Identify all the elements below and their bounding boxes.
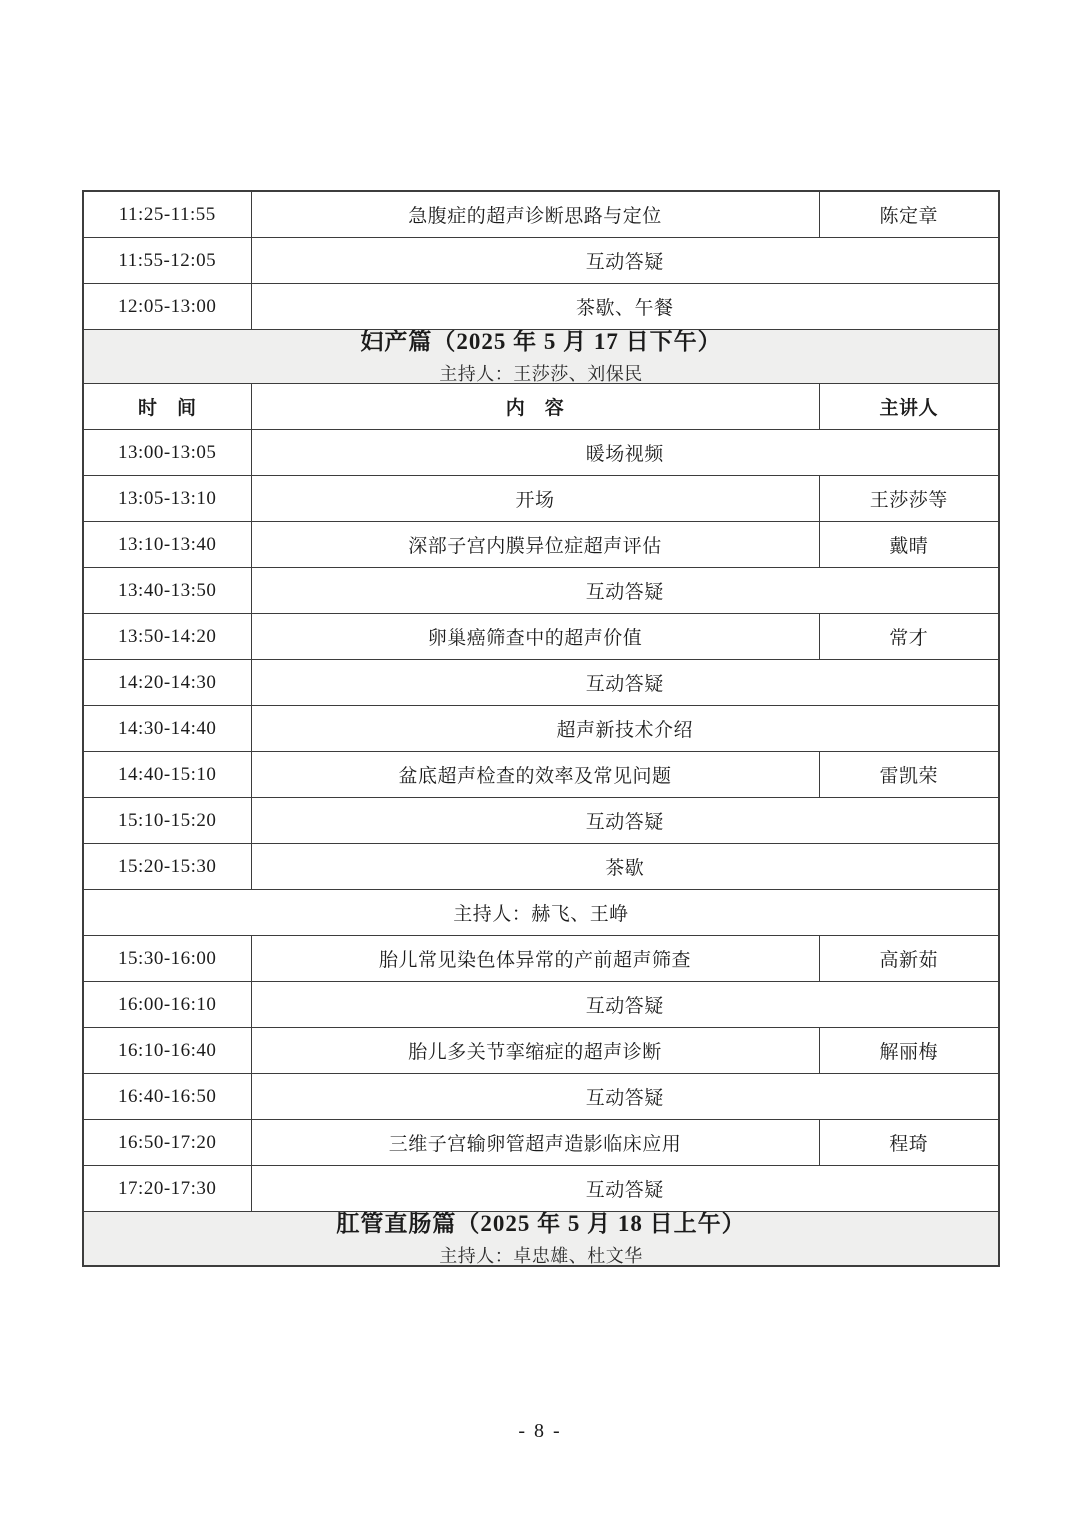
entry-row: 11:55-12:05互动答疑	[83, 238, 999, 284]
section-banner: 妇产篇（2025 年 5 月 17 日下午）主持人：王莎莎、刘保民	[83, 330, 999, 384]
time-cell: 15:20-15:30	[83, 844, 251, 890]
content-cell: 深部子宫内膜异位症超声评估	[251, 522, 819, 568]
content-cell: 互动答疑	[251, 568, 999, 614]
section-title: 妇产篇（2025 年 5 月 17 日下午）	[360, 330, 721, 353]
content-cell: 胎儿多关节挛缩症的超声诊断	[251, 1028, 819, 1074]
section-title: 肛管直肠篇（2025 年 5 月 18 日上午）	[336, 1212, 745, 1235]
time-cell: 11:25-11:55	[83, 191, 251, 238]
time-cell: 14:30-14:40	[83, 706, 251, 752]
time-cell: 13:40-13:50	[83, 568, 251, 614]
entry-row: 15:10-15:20互动答疑	[83, 798, 999, 844]
entry-row: 11:25-11:55急腹症的超声诊断思路与定位陈定章	[83, 191, 999, 238]
content-cell: 胎儿常见染色体异常的产前超声筛查	[251, 936, 819, 982]
time-cell: 11:55-12:05	[83, 238, 251, 284]
content-cell: 暖场视频	[251, 430, 999, 476]
content-cell: 互动答疑	[251, 1166, 999, 1212]
time-cell: 12:05-13:00	[83, 284, 251, 330]
section-banner-inner: 妇产篇（2025 年 5 月 17 日下午）主持人：王莎莎、刘保民	[88, 330, 994, 383]
entry-row: 14:20-14:30互动答疑	[83, 660, 999, 706]
entry-row: 17:20-17:30互动答疑	[83, 1166, 999, 1212]
time-cell: 14:40-15:10	[83, 752, 251, 798]
time-cell: 13:10-13:40	[83, 522, 251, 568]
time-cell: 16:40-16:50	[83, 1074, 251, 1120]
entry-row: 13:40-13:50互动答疑	[83, 568, 999, 614]
entry-row: 16:00-16:10互动答疑	[83, 982, 999, 1028]
time-cell: 13:50-14:20	[83, 614, 251, 660]
speaker-cell: 高新茹	[819, 936, 999, 982]
time-cell: 17:20-17:30	[83, 1166, 251, 1212]
content-cell: 盆底超声检查的效率及常见问题	[251, 752, 819, 798]
speaker-cell: 戴晴	[819, 522, 999, 568]
column-header-time: 时 间	[83, 384, 251, 430]
content-cell: 互动答疑	[251, 238, 999, 284]
entry-row: 15:30-16:00胎儿常见染色体异常的产前超声筛查高新茹	[83, 936, 999, 982]
document-page: 11:25-11:55急腹症的超声诊断思路与定位陈定章11:55-12:05互动…	[0, 0, 1080, 1528]
column-header-speaker: 主讲人	[819, 384, 999, 430]
content-cell: 互动答疑	[251, 660, 999, 706]
speaker-cell: 程琦	[819, 1120, 999, 1166]
host-row: 主持人：赫飞、王峥	[83, 890, 999, 936]
section-hosts: 主持人：王莎莎、刘保民	[439, 365, 643, 383]
entry-row: 15:20-15:30茶歇	[83, 844, 999, 890]
entry-row: 14:40-15:10盆底超声检查的效率及常见问题雷凯荣	[83, 752, 999, 798]
time-cell: 13:05-13:10	[83, 476, 251, 522]
time-cell: 16:50-17:20	[83, 1120, 251, 1166]
section-row: 肛管直肠篇（2025 年 5 月 18 日上午）主持人：卓忠雄、杜文华	[83, 1212, 999, 1267]
time-cell: 14:20-14:30	[83, 660, 251, 706]
content-cell: 互动答疑	[251, 1074, 999, 1120]
section-banner-inner: 肛管直肠篇（2025 年 5 月 18 日上午）主持人：卓忠雄、杜文华	[88, 1212, 994, 1265]
speaker-cell: 王莎莎等	[819, 476, 999, 522]
time-cell: 15:10-15:20	[83, 798, 251, 844]
content-cell: 互动答疑	[251, 798, 999, 844]
content-cell: 卵巢癌筛查中的超声价值	[251, 614, 819, 660]
hosts-cell: 主持人：赫飞、王峥	[83, 890, 999, 936]
entry-row: 12:05-13:00茶歇、午餐	[83, 284, 999, 330]
content-cell: 急腹症的超声诊断思路与定位	[251, 191, 819, 238]
schedule-table: 11:25-11:55急腹症的超声诊断思路与定位陈定章11:55-12:05互动…	[82, 190, 1000, 1267]
speaker-cell: 解丽梅	[819, 1028, 999, 1074]
content-cell: 开场	[251, 476, 819, 522]
header-row: 时 间内 容主讲人	[83, 384, 999, 430]
time-cell: 16:00-16:10	[83, 982, 251, 1028]
entry-row: 16:10-16:40胎儿多关节挛缩症的超声诊断解丽梅	[83, 1028, 999, 1074]
column-header-content: 内 容	[251, 384, 819, 430]
section-banner: 肛管直肠篇（2025 年 5 月 18 日上午）主持人：卓忠雄、杜文华	[83, 1212, 999, 1267]
entry-row: 13:05-13:10开场王莎莎等	[83, 476, 999, 522]
content-cell: 茶歇	[251, 844, 999, 890]
page-number: - 8 -	[0, 1420, 1080, 1443]
content-cell: 超声新技术介绍	[251, 706, 999, 752]
section-row: 妇产篇（2025 年 5 月 17 日下午）主持人：王莎莎、刘保民	[83, 330, 999, 384]
speaker-cell: 常才	[819, 614, 999, 660]
section-hosts: 主持人：卓忠雄、杜文华	[439, 1247, 643, 1265]
entry-row: 16:50-17:20三维子宫输卵管超声造影临床应用程琦	[83, 1120, 999, 1166]
content-cell: 茶歇、午餐	[251, 284, 999, 330]
schedule-table-body: 11:25-11:55急腹症的超声诊断思路与定位陈定章11:55-12:05互动…	[83, 191, 999, 1266]
time-cell: 15:30-16:00	[83, 936, 251, 982]
entry-row: 16:40-16:50互动答疑	[83, 1074, 999, 1120]
content-cell: 三维子宫输卵管超声造影临床应用	[251, 1120, 819, 1166]
time-cell: 16:10-16:40	[83, 1028, 251, 1074]
speaker-cell: 陈定章	[819, 191, 999, 238]
entry-row: 13:00-13:05暖场视频	[83, 430, 999, 476]
content-cell: 互动答疑	[251, 982, 999, 1028]
entry-row: 13:10-13:40深部子宫内膜异位症超声评估戴晴	[83, 522, 999, 568]
entry-row: 13:50-14:20卵巢癌筛查中的超声价值常才	[83, 614, 999, 660]
speaker-cell: 雷凯荣	[819, 752, 999, 798]
entry-row: 14:30-14:40超声新技术介绍	[83, 706, 999, 752]
time-cell: 13:00-13:05	[83, 430, 251, 476]
